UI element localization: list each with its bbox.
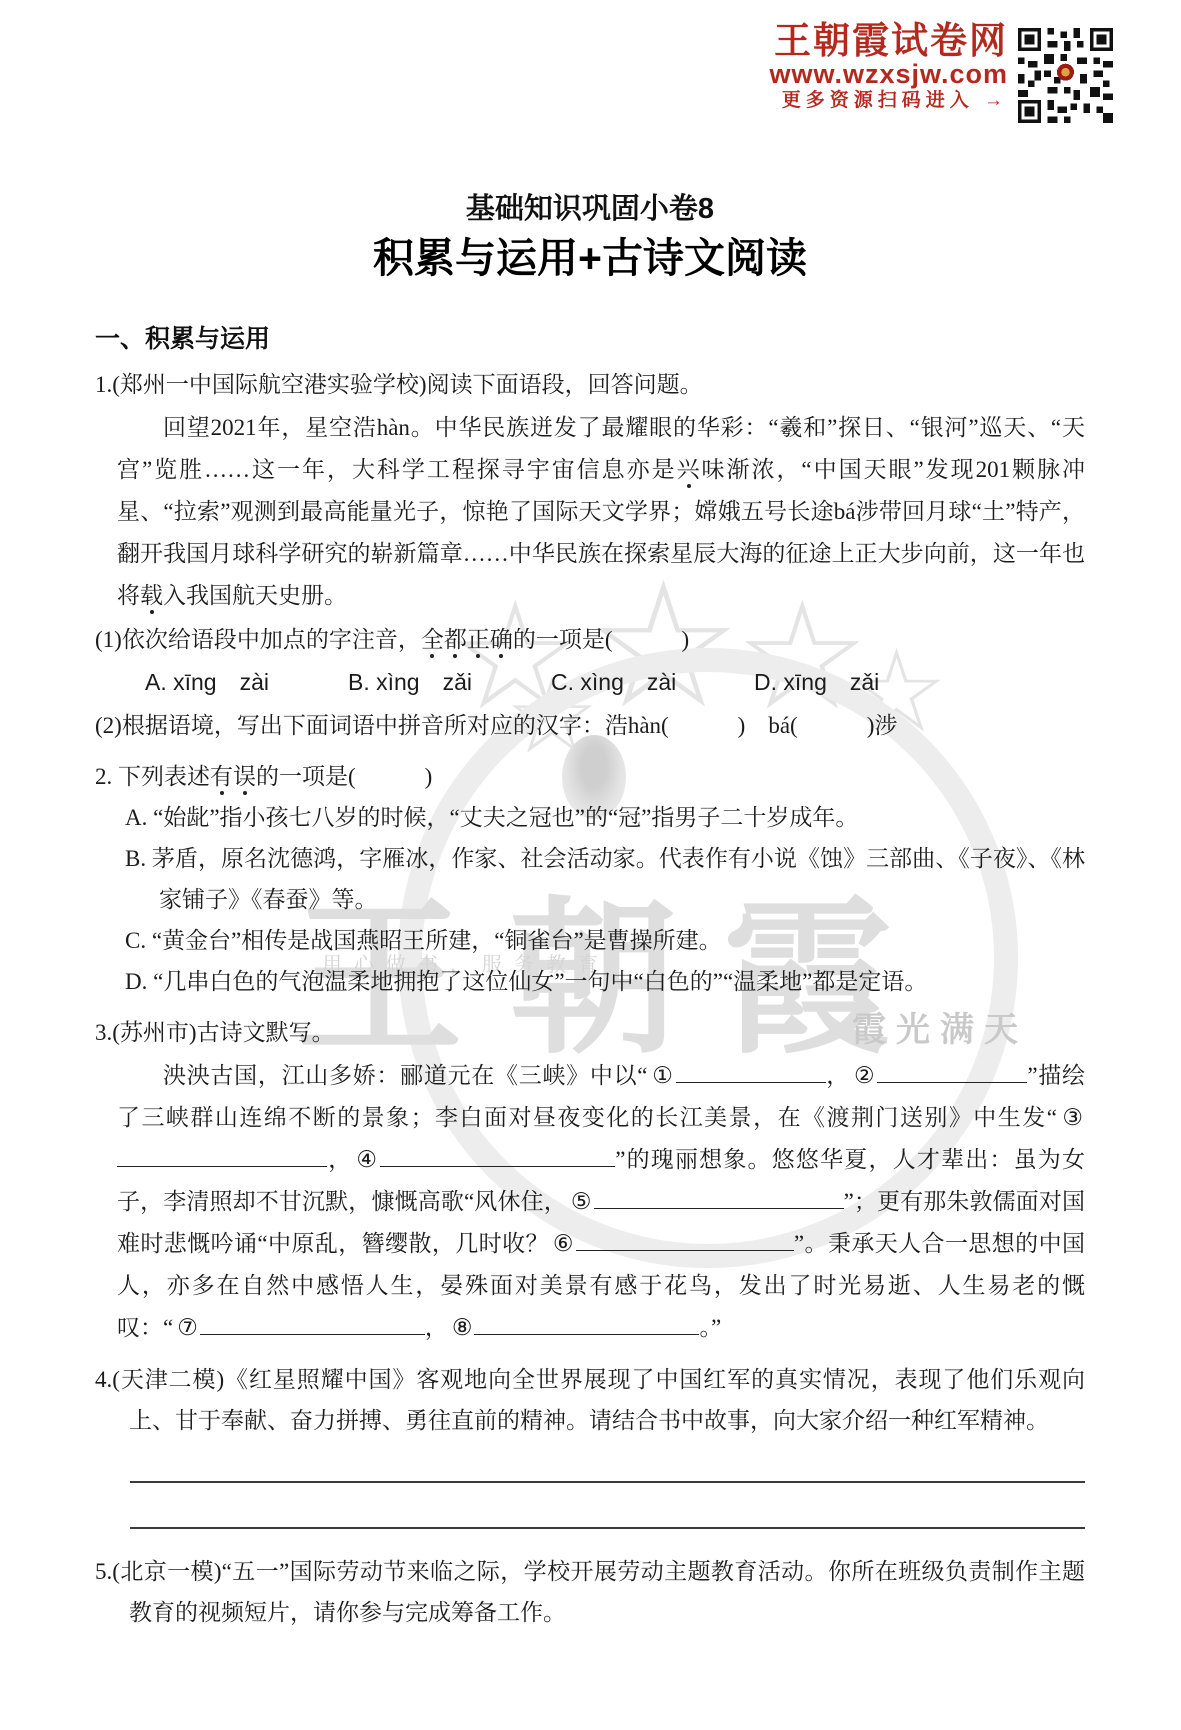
question-2-option-b: B. 茅盾，原名沈德鸿，字雁冰，作家、社会活动家。代表作有小说《蚀》三部曲、《子…: [125, 838, 1085, 920]
section-heading: 一、积累与运用: [95, 324, 1085, 354]
question-5-stem: 5.(北京一模)“五一”国际劳动节来临之际，学校开展劳动主题教育活动。你所在班级…: [95, 1551, 1085, 1633]
question-1-passage: 回望2021年，星空浩hàn。中华民族迸发了最耀眼的华彩：“羲和”探日、“银河”…: [95, 407, 1085, 617]
question-1-sub1: (1)依次给语段中加点的字注音，全都正确的一项是( ): [95, 619, 1085, 660]
paper-title: 积累与运用+古诗文阅读: [95, 234, 1085, 282]
option-d: D. xīng zǎi: [754, 662, 957, 703]
answer-line[interactable]: [130, 1527, 1085, 1529]
question-3-passage: 泱泱古国，江山多娇：郦道元在《三峡》中以“①，②”描绘了三峡群山连绵不断的景象；…: [95, 1055, 1085, 1349]
exam-sheet: 基础知识巩固小卷8 积累与运用+古诗文阅读 一、积累与运用 1.(郑州一中国际航…: [95, 0, 1085, 1633]
question-4-stem: 4.(天津二模)《红星照耀中国》客观地向全世界展现了中国红军的真实情况，表现了他…: [95, 1359, 1085, 1441]
question-1-sub2: (2)根据语境，写出下面词语中拼音所对应的汉字：浩hàn( ) bá( )涉: [95, 705, 1085, 746]
option-c: C. xìng zài: [551, 662, 754, 703]
question-1-options: A. xīng zài B. xìng zǎi C. xìng zài D. x…: [145, 662, 1085, 703]
option-a: A. xīng zài: [145, 662, 348, 703]
paper-subtitle: 基础知识巩固小卷8: [95, 192, 1085, 226]
question-3-stem: 3.(苏州市)古诗文默写。: [95, 1012, 1085, 1053]
question-2-option-a: A. “始龀”指小孩七八岁的时候，“丈夫之冠也”的“冠”指男子二十岁成年。: [125, 797, 1085, 838]
question-1-stem: 1.(郑州一中国际航空港实验学校)阅读下面语段，回答问题。: [95, 364, 1085, 405]
exam-page: ☆ ☆ ☆ ☆ ☆ 王朝霞 用心做书，服务教育 霞光满天 王朝霞试卷网 www.…: [0, 0, 1181, 1730]
option-b: B. xìng zǎi: [348, 662, 551, 703]
question-2-stem: 2. 下列表述有误的一项是( ): [95, 756, 1085, 797]
question-2-option-c: C. “黄金台”相传是战国燕昭王所建，“铜雀台”是曹操所建。: [125, 920, 1085, 961]
answer-line[interactable]: [130, 1481, 1085, 1483]
question-2-option-d: D. “几串白色的气泡温柔地拥抱了这位仙女”一句中“白色的”“温柔地”都是定语。: [125, 961, 1085, 1002]
